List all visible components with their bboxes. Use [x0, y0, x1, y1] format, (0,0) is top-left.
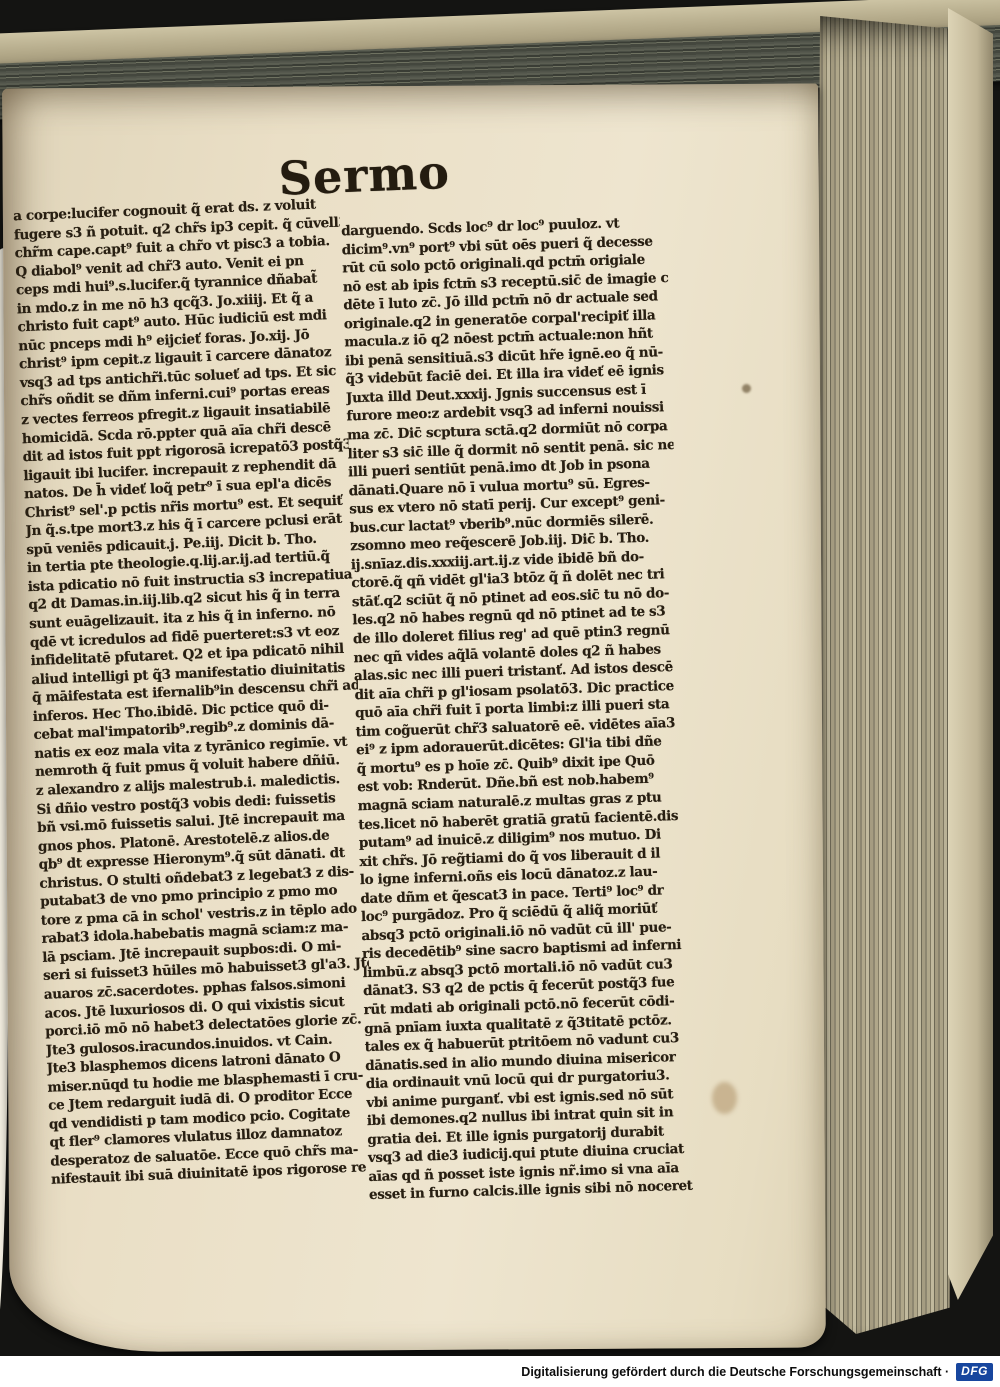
book-scan: Sermo a corpe:lucifer cognouit q̃ erat d… — [0, 0, 1000, 1387]
digitization-footer: Digitalisierung gefördert durch die Deut… — [0, 1356, 1000, 1387]
book-page: Sermo a corpe:lucifer cognouit q̃ erat d… — [2, 84, 826, 1353]
dfg-logo: DFG — [956, 1363, 993, 1381]
right-text-column: darguendo. Scds loc⁹ dr loc⁹ puuloz. vtd… — [341, 213, 695, 1205]
digitization-credit: Digitalisierung gefördert durch die Deut… — [521, 1365, 949, 1379]
left-text-column: a corpe:lucifer cognouit q̃ erat ds. z v… — [13, 195, 377, 1190]
page-stain — [742, 384, 751, 393]
book-fore-edge — [810, 16, 954, 1334]
page-stain — [712, 1082, 737, 1114]
book-cover-board-right — [948, 8, 993, 1300]
